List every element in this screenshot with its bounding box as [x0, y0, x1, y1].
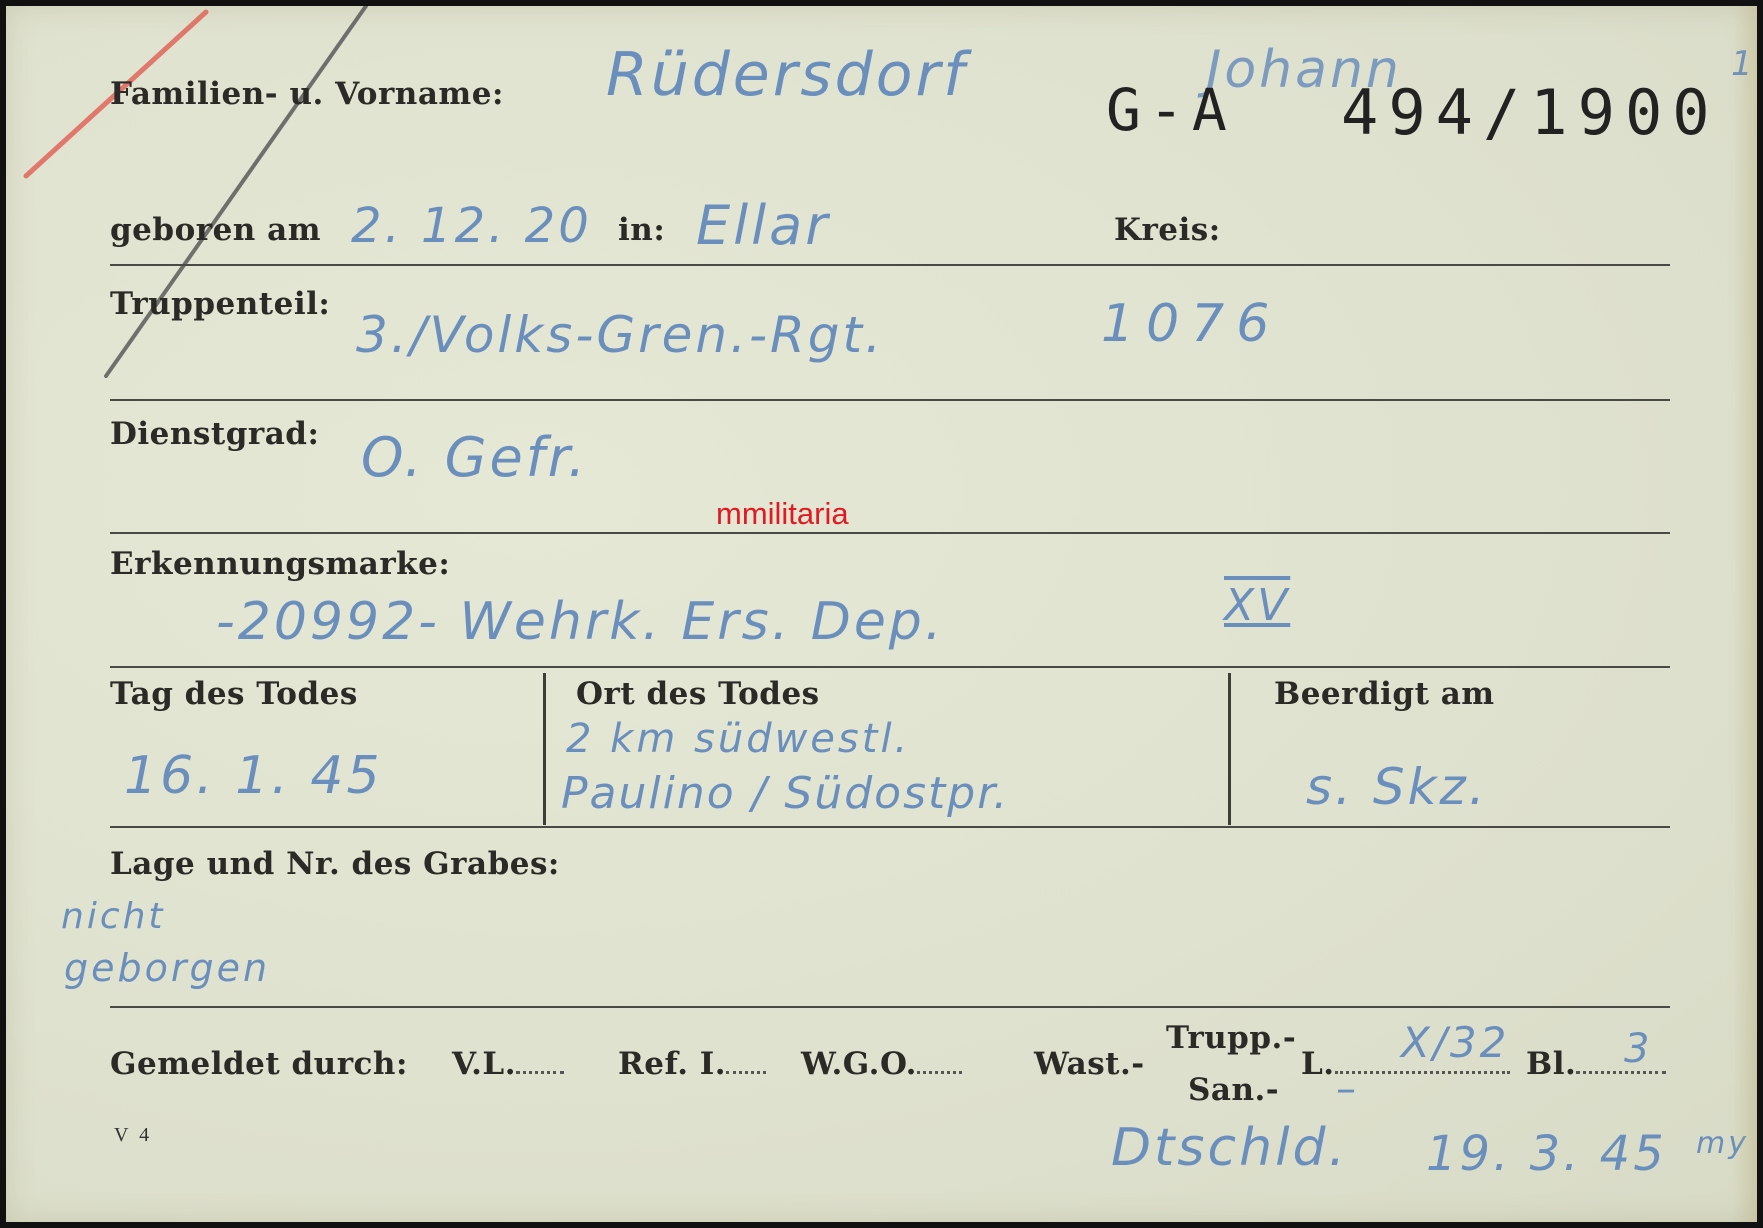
reported-ref: Ref. I. — [618, 1046, 766, 1082]
note-initials: my — [1696, 1126, 1749, 1161]
buried-label: Beerdigt am — [1274, 676, 1495, 712]
file-number: 494/1900 — [1341, 76, 1720, 149]
birth-place-value: Ellar — [696, 194, 830, 257]
grave-label: Lage und Nr. des Grabes: — [110, 846, 560, 882]
district-label: Kreis: — [1114, 212, 1221, 248]
dotted-fill — [726, 1065, 766, 1074]
death-place-label: Ort des Todes — [576, 676, 820, 712]
dotted-fill — [516, 1065, 564, 1074]
name-label: Familien- u. Vorname: — [110, 76, 504, 112]
unit-value: 3./Volks-Gren.-Rgt. — [356, 306, 884, 364]
divider — [110, 666, 1670, 668]
id-tag-value: -20992- Wehrk. Ers. Dep. — [216, 592, 944, 652]
reported-ref-text: Ref. I. — [618, 1046, 726, 1082]
divider — [110, 264, 1670, 266]
surname-value: Rüdersdorf — [606, 40, 967, 110]
reported-wgo-text: W.G.O. — [801, 1046, 917, 1082]
column-divider — [1228, 673, 1231, 825]
death-place-line1: 2 km südwestl. — [566, 716, 910, 762]
rank-label: Dienstgrad: — [110, 416, 319, 452]
reported-vl-text: V.L. — [452, 1046, 516, 1082]
divider — [110, 532, 1670, 534]
reported-bl-text: Bl. — [1526, 1046, 1576, 1082]
file-number-superscript: 1 — [1731, 44, 1756, 84]
id-tag-roman-numeral: XV — [1224, 580, 1290, 631]
birth-place-label: in: — [618, 212, 665, 248]
unit-number-value: 1076 — [1101, 294, 1281, 354]
reported-trupp: Trupp.- — [1166, 1020, 1296, 1056]
reported-l-text: L. — [1301, 1046, 1335, 1082]
reported-label: Gemeldet durch: — [110, 1046, 408, 1082]
reported-bl-value: 3 — [1624, 1026, 1652, 1072]
grave-registration-card: Familien- u. Vorname: Rüdersdorf Johann … — [6, 6, 1757, 1222]
birth-label: geboren am — [110, 212, 321, 248]
dotted-fill — [917, 1065, 962, 1074]
death-date-value: 16. 1. 45 — [124, 746, 383, 806]
file-number-prefix: G-A — [1106, 76, 1235, 144]
reported-vl: V.L. — [452, 1046, 564, 1082]
divider — [110, 1006, 1670, 1008]
id-tag-label: Erkennungsmarke: — [110, 546, 450, 582]
reported-l-value: X/32 — [1401, 1018, 1509, 1067]
note-date: 19. 3. 45 — [1426, 1126, 1667, 1182]
grave-value-line2: geborgen — [64, 946, 270, 990]
san-dash: – — [1336, 1066, 1359, 1112]
divider — [110, 399, 1670, 401]
watermark: mmilitaria — [716, 496, 849, 532]
form-code: V 4 — [114, 1124, 152, 1147]
grave-value-line1: nicht — [61, 896, 166, 937]
buried-value: s. Skz. — [1306, 758, 1488, 816]
divider — [110, 826, 1670, 828]
rank-value: O. Gefr. — [361, 426, 588, 489]
column-divider — [543, 673, 546, 825]
birth-date-value: 2. 12. 20 — [351, 198, 592, 254]
death-date-label: Tag des Todes — [110, 676, 358, 712]
reported-wast: Wast.- — [1034, 1046, 1145, 1082]
reported-wgo: W.G.O. — [801, 1046, 962, 1082]
reported-san: San.- — [1188, 1072, 1279, 1108]
dotted-fill — [1576, 1065, 1666, 1074]
unit-label: Truppenteil: — [110, 286, 330, 322]
note-value: Dtschld. — [1111, 1118, 1348, 1178]
death-place-line2: Paulino / Südostpr. — [561, 768, 1009, 819]
